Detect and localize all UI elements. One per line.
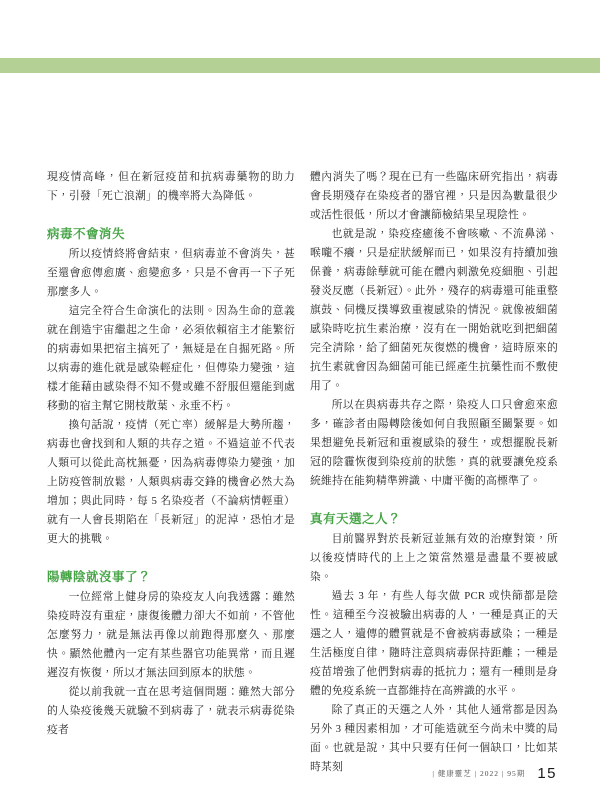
paragraph: 這完全符合生命演化的法則。因為生命的意義就在創造宇宙繼起之生命，必須依賴宿主才能… xyxy=(47,302,295,416)
paragraph: 目前醫界對於長新冠並無有效的治療對策，所以後疫情時代的上上之策當然還是盡量不要被… xyxy=(310,530,558,587)
paragraph-continuation: 現疫情高峰，但在新冠疫苗和抗病毒藥物的助力下，引發「死亡浪潮」的機率將大為降低。 xyxy=(47,168,295,206)
heading-positive-to-negative: 陽轉陰就沒事了？ xyxy=(47,568,295,587)
page-footer: | 健康靈芝 | 2022 | 95期 15 xyxy=(0,765,557,782)
paragraph: 從以前我就一直在思考這個問題：雖然大部分的人染疫後幾天就驗不到病毒了，就表示病毒… xyxy=(47,683,295,740)
magazine-page: 現疫情高峰，但在新冠疫苗和抗病毒藥物的助力下，引發「死亡浪潮」的機率將大為降低。… xyxy=(0,0,600,801)
journal-issue-info: | 健康靈芝 | 2022 | 95期 xyxy=(432,768,525,779)
right-column: 體內消失了嗎？現在已有一些臨床研究指出，病毒會長期殘存在染疫者的器官裡，只是因為… xyxy=(310,168,558,777)
paragraph: 也就是說，染疫痊癒後不會咳嗽、不流鼻涕、喉嚨不癢，只是症狀緩解而已，如果沒有持續… xyxy=(310,225,558,396)
paragraph: 所以疫情終將會結束，但病毒並不會消失，甚至還會愈傳愈廣、愈變愈多，只是不會再一下… xyxy=(47,245,295,302)
paragraph: 過去 3 年，有些人每次做 PCR 或快篩都是陰性。這種至今沒被驗出病毒的人，一… xyxy=(310,587,558,701)
top-green-band xyxy=(0,58,600,73)
paragraph: 一位經常上健身房的染疫友人向我透露：雖然染疫時沒有重症，康復後體力卻大不如前，不… xyxy=(47,588,295,683)
heading-chosen-ones: 真有天選之人？ xyxy=(310,510,558,529)
heading-virus-wont-disappear: 病毒不會消失 xyxy=(47,225,295,244)
left-column: 現疫情高峰，但在新冠疫苗和抗病毒藥物的助力下，引發「死亡浪潮」的機率將大為降低。… xyxy=(47,168,295,777)
article-body: 現疫情高峰，但在新冠疫苗和抗病毒藥物的助力下，引發「死亡浪潮」的機率將大為降低。… xyxy=(47,168,558,777)
paragraph-continuation: 體內消失了嗎？現在已有一些臨床研究指出，病毒會長期殘存在染疫者的器官裡，只是因為… xyxy=(310,168,558,225)
paragraph: 換句話說，疫情（死亡率）緩解是大勢所趨，病毒也會找到和人類的共存之道。不過這並不… xyxy=(47,416,295,549)
page-number: 15 xyxy=(537,765,557,782)
paragraph: 所以在與病毒共存之際，染疫人口只會愈來愈多，確診者由陽轉陰後如何自我照顧至關緊要… xyxy=(310,396,558,491)
